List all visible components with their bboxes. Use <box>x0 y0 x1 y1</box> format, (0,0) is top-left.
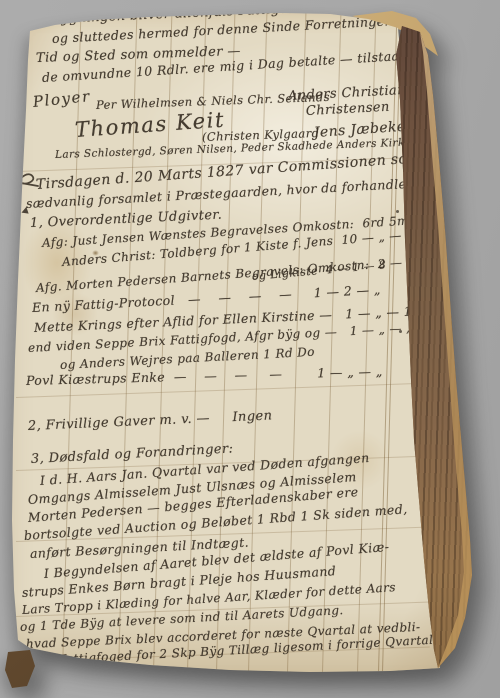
ink-speck <box>399 330 402 333</box>
ink-mark <box>21 206 29 213</box>
margin-flourish-icon <box>14 170 42 196</box>
photo-background: og Bygningen bliver allenfals Fattigvæse… <box>0 0 500 698</box>
ink-speck <box>396 210 399 213</box>
ink-mark <box>16 61 27 71</box>
ledger-book: og Bygningen bliver allenfals Fattigvæse… <box>0 0 500 698</box>
section-heading-line: 2, Frivillige Gaver m. v. — Ingen <box>28 409 273 433</box>
signature-line: Christensen <box>306 101 390 118</box>
signature-line: Ployer <box>32 89 91 110</box>
